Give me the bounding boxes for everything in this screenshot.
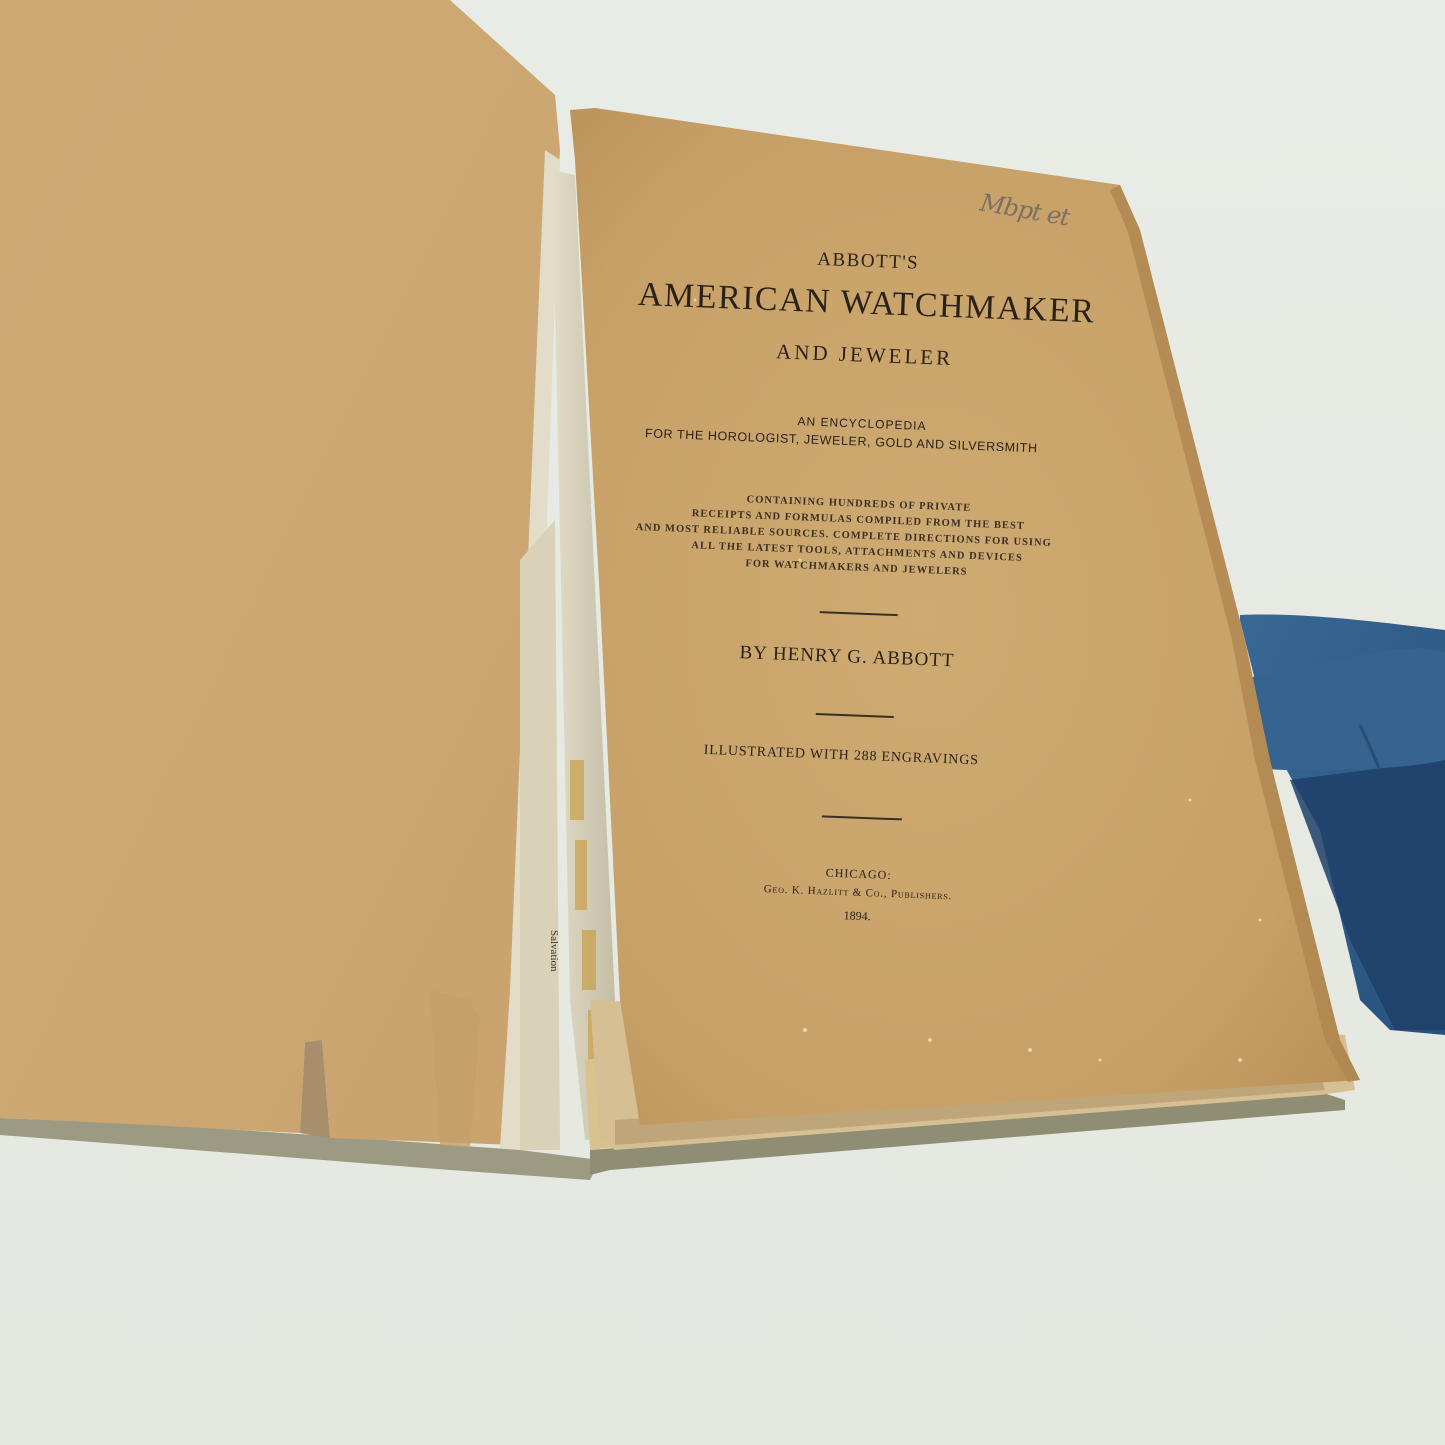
- spine-printed-text: Salvation: [548, 930, 560, 972]
- title-page: ABBOTT'S AMERICAN WATCHMAKER AND JEWELER…: [560, 210, 1150, 1011]
- title-secondary: AND JEWELER: [584, 332, 1145, 378]
- title-main: AMERICAN WATCHMAKER: [586, 274, 1147, 333]
- author-line: BY HENRY G. ABBOTT: [567, 635, 1127, 678]
- divider-rule: [820, 611, 898, 615]
- illustrations-line: ILLUSTRATED WITH 288 ENGRAVINGS: [561, 737, 1121, 774]
- gutter-paper: [520, 520, 560, 1150]
- divider-rule: [822, 815, 902, 820]
- divider-rule: [816, 713, 894, 717]
- left-endpaper: [0, 0, 560, 1145]
